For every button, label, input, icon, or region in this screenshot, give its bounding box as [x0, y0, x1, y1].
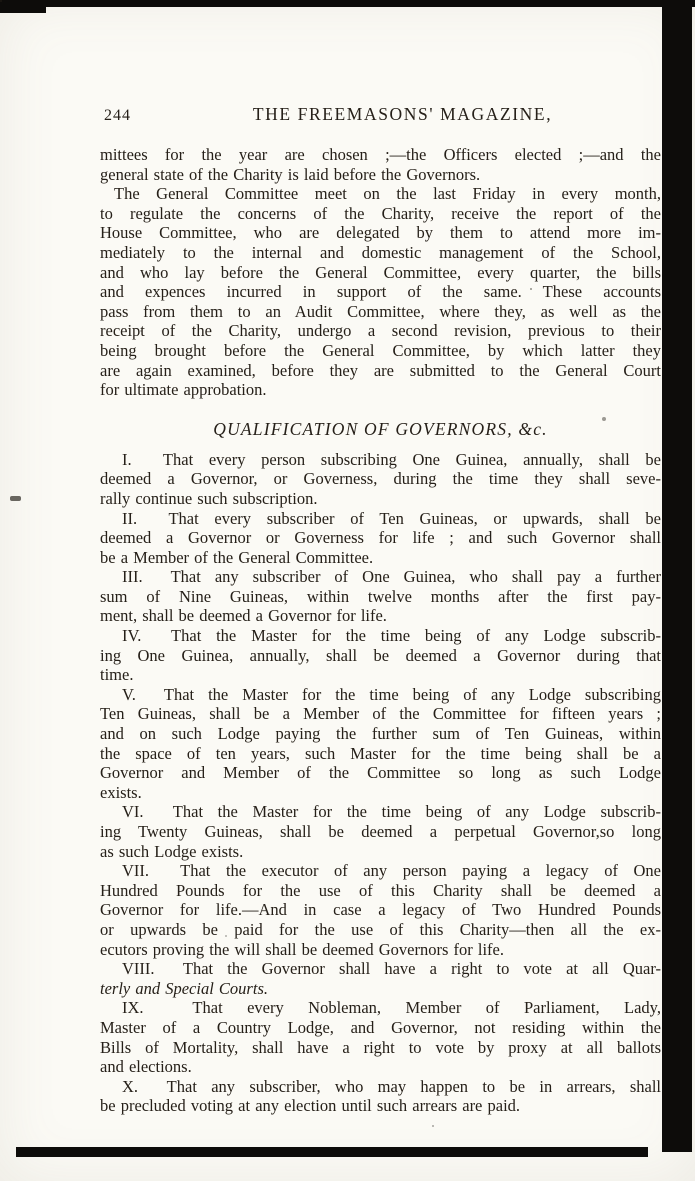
paragraph: mittees for the year are chosen ;—the Of…: [100, 145, 661, 184]
text-line: and expences incurred in support of the …: [100, 282, 661, 302]
text-line: Master of a Country Lodge, and Governor,…: [100, 1018, 661, 1038]
scanned-page: 244 THE FREEMASONS' MAGAZINE, mittees fo…: [0, 0, 695, 1181]
text-line: receipt of the Charity, undergo a second…: [100, 321, 661, 341]
page-content: 244 THE FREEMASONS' MAGAZINE, mittees fo…: [100, 104, 661, 1116]
rule-item: VII. That the executor of any person pay…: [100, 861, 661, 959]
rule-item: VIII. That the Governor shall have a rig…: [100, 959, 661, 998]
section-heading: QUALIFICATION OF GOVERNORS, &c.: [100, 419, 661, 440]
text-line: Governor for life.—And in case a legacy …: [100, 900, 661, 920]
text-line: VIII. That the Governor shall have a rig…: [100, 959, 661, 979]
scan-edge-right: [662, 0, 692, 1152]
text-line: be precluded voting at any election unti…: [100, 1096, 661, 1116]
text-line: ing Twenty Guineas, shall be deemed a pe…: [100, 822, 661, 842]
text-line: the space of ten years, such Master for …: [100, 744, 661, 764]
running-header: 244 THE FREEMASONS' MAGAZINE,: [100, 104, 661, 128]
scan-specks: [0, 0, 2, 2]
text-line: V. That the Master for the time being of…: [100, 685, 661, 705]
text-line: pass from them to an Audit Committee, wh…: [100, 302, 661, 322]
text-line: deemed a Governor, or Governess, during …: [100, 469, 661, 489]
text-line: are again examined, before they are subm…: [100, 361, 661, 381]
text-line: III. That any subscriber of One Guinea, …: [100, 567, 661, 587]
rule-item: X. That any subscriber, who may happen t…: [100, 1077, 661, 1116]
paragraph: The General Committee meet on the last F…: [100, 184, 661, 400]
text-line: time.: [100, 665, 661, 685]
text-line: II. That every subscriber of Ten Guineas…: [100, 509, 661, 529]
rule-item: VI. That the Master for the time being o…: [100, 802, 661, 861]
text-line: rally continue such subscription.: [100, 489, 661, 509]
journal-title: THE FREEMASONS' MAGAZINE,: [100, 104, 661, 125]
text-line: I. That every person subscribing One Gui…: [100, 450, 661, 470]
text-line: IV. That the Master for the time being o…: [100, 626, 661, 646]
text-line: and elections.: [100, 1057, 661, 1077]
scan-corner-top-left: [0, 0, 46, 13]
text-line: The General Committee meet on the last F…: [100, 184, 661, 204]
text-line: House Committee, who are delegated by th…: [100, 223, 661, 243]
text-line: X. That any subscriber, who may happen t…: [100, 1077, 661, 1097]
text-line: Ten Guineas, shall be a Member of the Co…: [100, 704, 661, 724]
text-line: be a Member of the General Committee.: [100, 548, 661, 568]
text-line: mittees for the year are chosen ;—the Of…: [100, 145, 661, 165]
rule-item: II. That every subscriber of Ten Guineas…: [100, 509, 661, 568]
page-number: 244: [104, 107, 131, 125]
text-line: for ultimate approbation.: [100, 380, 661, 400]
qualification-items: I. That every person subscribing One Gui…: [100, 450, 661, 1116]
text-line: VII. That the executor of any person pay…: [100, 861, 661, 881]
rule-item: III. That any subscriber of One Guinea, …: [100, 567, 661, 626]
rule-item: IX. That every Nobleman, Member of Parli…: [100, 998, 661, 1076]
text-line: general state of the Charity is laid bef…: [100, 165, 661, 185]
text-line: or upwards be paid for the use of this C…: [100, 920, 661, 940]
text-line: Bills of Mortality, shall have a right t…: [100, 1038, 661, 1058]
scan-edge-bottom: [16, 1147, 648, 1157]
rule-item: V. That the Master for the time being of…: [100, 685, 661, 803]
text-line: VI. That the Master for the time being o…: [100, 802, 661, 822]
text-line: ecutors proving the will shall be deemed…: [100, 940, 661, 960]
text-line: as such Lodge exists.: [100, 842, 661, 862]
text-line: and on such Lodge paying the further sum…: [100, 724, 661, 744]
intro-paragraphs: mittees for the year are chosen ;—the Of…: [100, 145, 661, 400]
text-line: Governor and Member of the Committee so …: [100, 763, 661, 783]
text-line: mediately to the internal and domestic m…: [100, 243, 661, 263]
text-line: to regulate the concerns of the Charity,…: [100, 204, 661, 224]
rule-item: I. That every person subscribing One Gui…: [100, 450, 661, 509]
text-line: exists.: [100, 783, 661, 803]
text-line: terly and Special Courts.: [100, 979, 661, 999]
text-line: being brought before the General Committ…: [100, 341, 661, 361]
scan-mark-left: [10, 496, 21, 501]
text-line: IX. That every Nobleman, Member of Parli…: [100, 998, 661, 1018]
rule-item: IV. That the Master for the time being o…: [100, 626, 661, 685]
text-line: ing One Guinea, annually, shall be deeme…: [100, 646, 661, 666]
scan-edge-top: [0, 0, 695, 7]
text-line: ment, shall be deemed a Governor for lif…: [100, 606, 661, 626]
text-line: Hundred Pounds for the use of this Chari…: [100, 881, 661, 901]
text-line: sum of Nine Guineas, within twelve month…: [100, 587, 661, 607]
text-line: and who lay before the General Committee…: [100, 263, 661, 283]
text-line: deemed a Governor or Governess for life …: [100, 528, 661, 548]
